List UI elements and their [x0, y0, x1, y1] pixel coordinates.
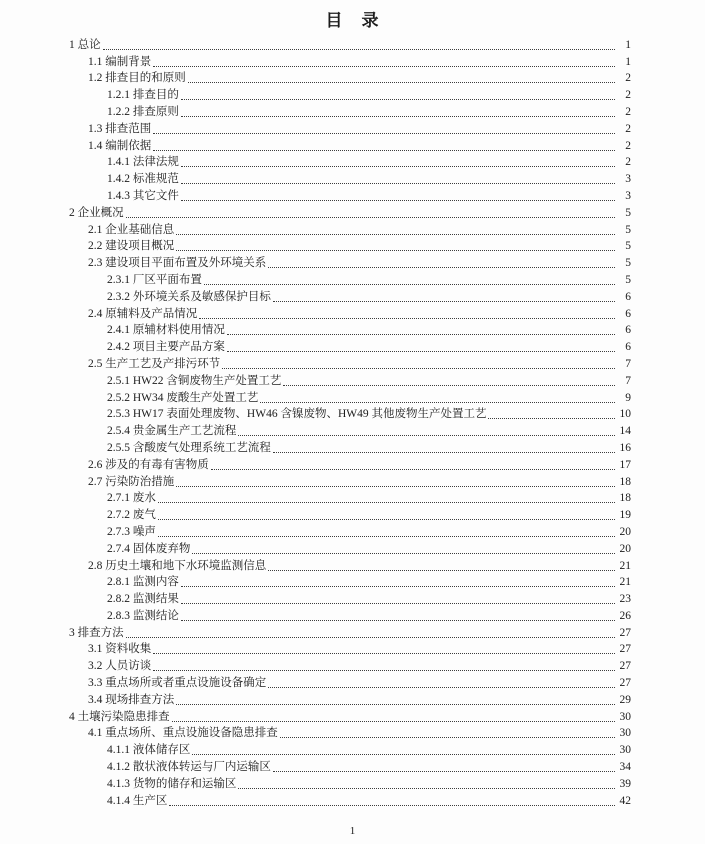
toc-page-number: 30 [617, 726, 631, 740]
toc-entry[interactable]: 3.4 现场排查方法 29 [69, 690, 631, 707]
toc-entry[interactable]: 2 企业概况 5 [69, 203, 631, 220]
toc-page-number: 2 [617, 71, 631, 85]
toc-leader-dots [268, 687, 615, 688]
document-page: 目 录 1 总论 1 1.1 编制背景 1 1.2 排查目的和原则 2 1.2.… [0, 0, 705, 844]
toc-page-number: 2 [617, 139, 631, 153]
toc-entry-label: 3.2 人员访谈 [88, 659, 151, 673]
toc-entry[interactable]: 4.1.2 散状液体转运与厂内运输区 34 [69, 757, 631, 774]
toc-entry-label: 4 土壤污染隐患排查 [69, 710, 170, 724]
toc-leader-dots [153, 150, 615, 151]
toc-page-number: 39 [617, 777, 631, 791]
toc-leader-dots [273, 301, 615, 302]
toc-entry-label: 2.6 涉及的有毒有害物质 [88, 458, 209, 472]
toc-entry[interactable]: 2.7.3 噪声 20 [69, 522, 631, 539]
toc-leader-dots [238, 435, 615, 436]
toc-entry[interactable]: 2.3.2 外环境关系及敏感保护目标 6 [69, 287, 631, 304]
toc-page-number: 30 [617, 710, 631, 724]
toc-leader-dots [283, 385, 615, 386]
toc-entry-label: 2.1 企业基础信息 [88, 223, 174, 237]
toc-page-number: 5 [617, 273, 631, 287]
toc-entry-label: 2.8 历史土壤和地下水环境监测信息 [88, 559, 266, 573]
toc-leader-dots [153, 66, 615, 67]
toc-leader-dots [268, 267, 615, 268]
toc-entry[interactable]: 2.7 污染防治措施 18 [69, 472, 631, 489]
toc-leader-dots [153, 670, 615, 671]
toc-page-number: 6 [617, 323, 631, 337]
toc-entry-label: 1.3 排查范围 [88, 122, 151, 136]
toc-page-number: 34 [617, 760, 631, 774]
toc-entry[interactable]: 1.2.1 排查目的 2 [69, 85, 631, 102]
toc-entry-label: 2.5.3 HW17 表面处理废物、HW46 含镍废物、HW49 其他废物生产处… [107, 407, 486, 421]
toc-leader-dots [172, 721, 615, 722]
toc-entry-label: 2.7.3 噪声 [107, 525, 156, 539]
toc-entry-label: 3 排查方法 [69, 626, 124, 640]
toc-entry[interactable]: 2.4 原辅料及产品情况 6 [69, 304, 631, 321]
toc-list: 1 总论 1 1.1 编制背景 1 1.2 排查目的和原则 2 1.2.1 排查… [69, 35, 631, 808]
toc-entry[interactable]: 2.2 建设项目概况 5 [69, 237, 631, 254]
toc-entry-label: 2.5.4 贵金属生产工艺流程 [107, 424, 236, 438]
toc-leader-dots [188, 82, 615, 83]
toc-page-number: 5 [617, 256, 631, 270]
toc-entry[interactable]: 2.8.2 监测结果 23 [69, 589, 631, 606]
toc-leader-dots [273, 452, 615, 453]
toc-entry-label: 2.5 生产工艺及产排污环节 [88, 357, 220, 371]
toc-entry[interactable]: 3.2 人员访谈 27 [69, 656, 631, 673]
toc-page-number: 3 [617, 172, 631, 186]
toc-leader-dots [192, 553, 615, 554]
toc-entry[interactable]: 2.8.3 监测结论 26 [69, 606, 631, 623]
toc-leader-dots [227, 334, 615, 335]
toc-entry[interactable]: 4.1.4 生产区 42 [69, 791, 631, 808]
toc-entry[interactable]: 1.2.2 排查原则 2 [69, 102, 631, 119]
toc-entry[interactable]: 4 土壤污染隐患排查 30 [69, 707, 631, 724]
toc-page-number: 6 [617, 307, 631, 321]
toc-entry-label: 1.4 编制依据 [88, 139, 151, 153]
toc-entry[interactable]: 2.4.1 原辅材料使用情况 6 [69, 321, 631, 338]
toc-page-number: 27 [617, 642, 631, 656]
toc-page-number: 2 [617, 88, 631, 102]
footer-page-number: 1 [0, 825, 705, 837]
toc-leader-dots [181, 99, 615, 100]
toc-page-number: 2 [617, 122, 631, 136]
toc-page-number: 18 [617, 491, 631, 505]
toc-page-number: 17 [617, 458, 631, 472]
toc-leader-dots [488, 418, 615, 419]
toc-page-number: 9 [617, 391, 631, 405]
toc-page-number: 30 [617, 743, 631, 757]
toc-leader-dots [126, 217, 615, 218]
toc-entry-label: 1.2 排查目的和原则 [88, 71, 186, 85]
toc-entry[interactable]: 2.7.2 废气 19 [69, 505, 631, 522]
toc-page-number: 27 [617, 659, 631, 673]
toc-leader-dots [126, 637, 615, 638]
toc-entry-label: 2.2 建设项目概况 [88, 239, 174, 253]
toc-leader-dots [169, 805, 615, 806]
toc-entry[interactable]: 2.5 生产工艺及产排污环节 7 [69, 354, 631, 371]
toc-entry[interactable]: 3.1 资料收集 27 [69, 640, 631, 657]
toc-page-number: 42 [617, 794, 631, 808]
toc-entry-label: 2.5.2 HW34 废酸生产处置工艺 [107, 391, 258, 405]
toc-page-number: 20 [617, 525, 631, 539]
toc-entry-label: 2.4.2 项目主要产品方案 [107, 340, 225, 354]
toc-page-number: 21 [617, 575, 631, 589]
toc-page-number: 6 [617, 290, 631, 304]
toc-entry[interactable]: 4.1 重点场所、重点设施设备隐患排查 30 [69, 724, 631, 741]
toc-page-number: 18 [617, 475, 631, 489]
toc-entry[interactable]: 2.8 历史土壤和地下水环境监测信息 21 [69, 556, 631, 573]
toc-page-number: 20 [617, 542, 631, 556]
toc-page-number: 5 [617, 223, 631, 237]
toc-entry-label: 1.4.2 标准规范 [107, 172, 179, 186]
toc-page-number: 3 [617, 189, 631, 203]
toc-entry[interactable]: 2.4.2 项目主要产品方案 6 [69, 337, 631, 354]
toc-entry[interactable]: 3 排查方法 27 [69, 623, 631, 640]
toc-page-number: 21 [617, 559, 631, 573]
toc-entry[interactable]: 4.1.1 液体储存区 30 [69, 740, 631, 757]
toc-entry-label: 3.4 现场排查方法 [88, 693, 174, 707]
toc-leader-dots [158, 502, 615, 503]
toc-entry-label: 2 企业概况 [69, 206, 124, 220]
toc-entry-label: 2.8.3 监测结论 [107, 609, 179, 623]
toc-entry[interactable]: 2.7.1 废水 18 [69, 489, 631, 506]
toc-page-number: 1 [617, 55, 631, 69]
toc-leader-dots [181, 603, 615, 604]
toc-entry[interactable]: 2.5.4 贵金属生产工艺流程 14 [69, 421, 631, 438]
toc-leader-dots [181, 200, 615, 201]
toc-entry-label: 1.2.1 排查目的 [107, 88, 179, 102]
toc-leader-dots [103, 49, 615, 50]
toc-entry[interactable]: 1.4.1 法律法规 2 [69, 153, 631, 170]
toc-entry[interactable]: 3.3 重点场所或者重点设施设备确定 27 [69, 673, 631, 690]
toc-entry-label: 1.2.2 排查原则 [107, 105, 179, 119]
toc-entry[interactable]: 1.4 编制依据 2 [69, 136, 631, 153]
toc-page-number: 29 [617, 693, 631, 707]
toc-entry-label: 2.7.4 固体废弃物 [107, 542, 190, 556]
toc-entry[interactable]: 2.5.2 HW34 废酸生产处置工艺 9 [69, 388, 631, 405]
toc-entry-label: 2.7 污染防治措施 [88, 475, 174, 489]
toc-entry[interactable]: 1.2 排查目的和原则 2 [69, 69, 631, 86]
toc-leader-dots [181, 586, 615, 587]
toc-page-number: 5 [617, 206, 631, 220]
toc-page-number: 5 [617, 239, 631, 253]
toc-entry[interactable]: 4.1.3 货物的储存和运输区 39 [69, 774, 631, 791]
toc-page-number: 2 [617, 155, 631, 169]
toc-entry[interactable]: 2.7.4 固体废弃物 20 [69, 539, 631, 556]
toc-page-number: 7 [617, 374, 631, 388]
toc-page-number: 26 [617, 609, 631, 623]
toc-leader-dots [280, 737, 615, 738]
toc-page-number: 23 [617, 592, 631, 606]
toc-leader-dots [181, 116, 615, 117]
toc-page-number: 2 [617, 105, 631, 119]
toc-leader-dots [222, 368, 615, 369]
toc-entry-label: 2.4.1 原辅材料使用情况 [107, 323, 225, 337]
toc-page-number: 7 [617, 357, 631, 371]
toc-page-number: 27 [617, 626, 631, 640]
toc-entry[interactable]: 1 总论 1 [69, 35, 631, 52]
toc-entry[interactable]: 1.3 排查范围 2 [69, 119, 631, 136]
toc-page-number: 1 [617, 38, 631, 52]
toc-leader-dots [181, 620, 615, 621]
toc-leader-dots [181, 166, 615, 167]
toc-entry-label: 1.4.1 法律法规 [107, 155, 179, 169]
toc-leader-dots [238, 788, 615, 789]
toc-page-number: 14 [617, 424, 631, 438]
toc-entry-label: 2.3.2 外环境关系及敏感保护目标 [107, 290, 271, 304]
toc-entry-label: 4.1.3 货物的储存和运输区 [107, 777, 236, 791]
toc-entry[interactable]: 2.3.1 厂区平面布置 5 [69, 270, 631, 287]
toc-entry-label: 2.8.2 监测结果 [107, 592, 179, 606]
toc-page-number: 19 [617, 508, 631, 522]
toc-entry-label: 3.1 资料收集 [88, 642, 151, 656]
toc-entry-label: 2.4 原辅料及产品情况 [88, 307, 197, 321]
toc-leader-dots [158, 536, 615, 537]
toc-entry[interactable]: 2.3 建设项目平面布置及外环境关系 5 [69, 253, 631, 270]
toc-leader-dots [158, 519, 615, 520]
toc-entry-label: 1.4.3 其它文件 [107, 189, 179, 203]
toc-entry-label: 1 总论 [69, 38, 101, 52]
toc-leader-dots [204, 284, 615, 285]
toc-page-number: 6 [617, 340, 631, 354]
toc-leader-dots [260, 402, 615, 403]
toc-leader-dots [153, 133, 615, 134]
toc-leader-dots [176, 704, 615, 705]
toc-entry-label: 3.3 重点场所或者重点设施设备确定 [88, 676, 266, 690]
toc-leader-dots [273, 771, 615, 772]
toc-leader-dots [176, 250, 615, 251]
toc-entry[interactable]: 2.1 企业基础信息 5 [69, 220, 631, 237]
toc-leader-dots [268, 570, 615, 571]
toc-entry-label: 4.1 重点场所、重点设施设备隐患排查 [88, 726, 278, 740]
toc-entry[interactable]: 2.5.1 HW22 含铜废物生产处置工艺 7 [69, 371, 631, 388]
toc-entry-label: 2.8.1 监测内容 [107, 575, 179, 589]
toc-leader-dots [211, 469, 615, 470]
toc-leader-dots [153, 653, 615, 654]
toc-entry-label: 2.3.1 厂区平面布置 [107, 273, 202, 287]
toc-entry-label: 4.1.1 液体储存区 [107, 743, 190, 757]
toc-page-number: 16 [617, 441, 631, 455]
toc-entry[interactable]: 2.5.3 HW17 表面处理废物、HW46 含镍废物、HW49 其他废物生产处… [69, 405, 631, 422]
toc-entry-label: 4.1.2 散状液体转运与厂内运输区 [107, 760, 271, 774]
toc-leader-dots [176, 486, 615, 487]
toc-entry[interactable]: 1.1 编制背景 1 [69, 52, 631, 69]
toc-leader-dots [176, 234, 615, 235]
toc-entry-label: 2.3 建设项目平面布置及外环境关系 [88, 256, 266, 270]
toc-leader-dots [181, 183, 615, 184]
toc-leader-dots [199, 318, 615, 319]
toc-entry[interactable]: 2.6 涉及的有毒有害物质 17 [69, 455, 631, 472]
toc-entry[interactable]: 1.4.2 标准规范 3 [69, 169, 631, 186]
toc-entry-label: 2.7.2 废气 [107, 508, 156, 522]
toc-entry[interactable]: 2.5.5 含酸废气处理系统工艺流程 16 [69, 438, 631, 455]
toc-page-number: 27 [617, 676, 631, 690]
toc-entry-label: 2.7.1 废水 [107, 491, 156, 505]
toc-leader-dots [227, 351, 615, 352]
toc-entry-label: 2.5.5 含酸废气处理系统工艺流程 [107, 441, 271, 455]
page-title: 目 录 [0, 6, 705, 31]
toc-entry[interactable]: 2.8.1 监测内容 21 [69, 573, 631, 590]
toc-leader-dots [192, 754, 615, 755]
toc-entry-label: 2.5.1 HW22 含铜废物生产处置工艺 [107, 374, 281, 388]
toc-page-number: 10 [617, 407, 631, 421]
toc-entry[interactable]: 1.4.3 其它文件 3 [69, 186, 631, 203]
toc-entry-label: 1.1 编制背景 [88, 55, 151, 69]
toc-entry-label: 4.1.4 生产区 [107, 794, 167, 808]
